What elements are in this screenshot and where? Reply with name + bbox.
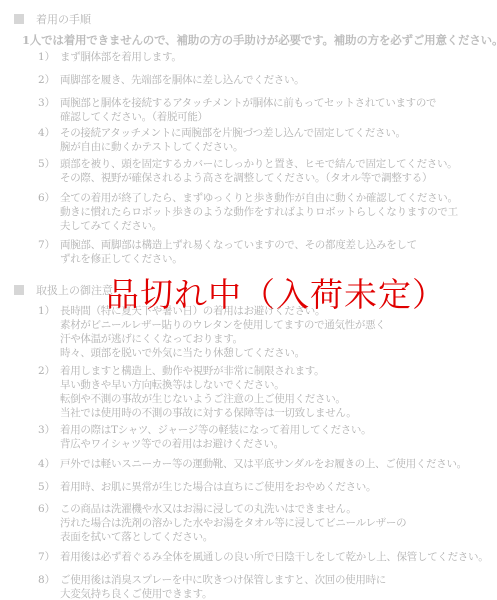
item-number: 6） <box>38 191 60 233</box>
item-text: まず胴体部を着用します。 <box>60 50 182 64</box>
item-text: 着用の際はTシャツ、ジャージ等の軽装になって着用してください。 背広やワイシャツ… <box>60 423 371 451</box>
item-number: 5） <box>38 480 60 494</box>
square-bullet-icon <box>14 14 24 24</box>
list-item: 2）着用しますと構造上、動作や視野が非常に制限されます。 早い動きや早い方向転換… <box>38 364 356 420</box>
item-number: 4） <box>38 457 60 471</box>
item-text: この商品は洗濯機や水又はお湯に浸しての丸洗いはできません。 汚れた場合は洗剤の溶… <box>60 502 406 544</box>
item-number: 4） <box>38 126 60 154</box>
item-number: 2） <box>38 73 60 87</box>
section-header-handling-notes: 取扱上の御注意 <box>14 282 113 298</box>
item-number: 3） <box>38 423 60 451</box>
section-title: 取扱上の御注意 <box>36 282 113 298</box>
item-number: 3） <box>38 96 60 124</box>
item-number: 5） <box>38 157 60 185</box>
item-text: 戸外では軽いスニーカー等の運動靴、又は平底サンダルをお履きの上、ご使用ください。 <box>60 457 467 471</box>
item-number: 2） <box>38 364 60 420</box>
item-number: 6） <box>38 502 60 544</box>
list-item: 4）戸外では軽いスニーカー等の運動靴、又は平底サンダルをお履きの上、ご使用くださ… <box>38 457 467 471</box>
list-item: 2）両脚部を履き、先端部を胴体に差し込んでください。 <box>38 73 304 87</box>
item-text: 頭部を被り、頭を固定するカバーにしっかりと置き、ヒモで結んで固定してください。 … <box>60 157 457 185</box>
item-text: 両腕部と胴体を接続するアタッチメントが胴体に前もってセットされていますので 確認… <box>60 96 436 124</box>
section-title: 着用の手順 <box>36 11 91 27</box>
list-item: 3）両腕部と胴体を接続するアタッチメントが胴体に前もってセットされていますので … <box>38 96 436 124</box>
item-text: 全ての着用が終了したら、まずゆっくりと歩き動作が自由に動くか確認してください。 … <box>60 191 458 233</box>
item-number: 7） <box>38 550 60 564</box>
item-text: 着用しますと構造上、動作や視野が非常に制限されます。 早い動きや早い方向転換等は… <box>60 364 356 420</box>
list-item: 5）着用時、お肌に異常が生じた場合は直ちにご使用をおやめください。 <box>38 480 376 494</box>
list-item: 8）ご使用後は消臭スプレーを中に吹きつけ保管しますと、次回の使用時に 大変気持ち… <box>38 573 386 600</box>
item-text: 着用後は必ず着ぐるみ全体を風通しの良い所で日陰干しをして乾かし上、保管してくださ… <box>60 550 488 564</box>
item-number: 7） <box>38 238 60 266</box>
list-item: 3）着用の際はTシャツ、ジャージ等の軽装になって着用してください。 背広やワイシ… <box>38 423 371 451</box>
list-item: 6）この商品は洗濯機や水又はお湯に浸しての丸洗いはできません。 汚れた場合は洗剤… <box>38 502 406 544</box>
list-item: 7）着用後は必ず着ぐるみ全体を風通しの良い所で日陰干しをして乾かし上、保管してく… <box>38 550 488 564</box>
item-number: 8） <box>38 573 60 600</box>
square-bullet-icon <box>14 285 24 295</box>
item-text: 両腕部、両脚部は構造上ずれ易くなっていますので、その都度差し込みをして ずれを修… <box>60 238 417 266</box>
list-item: 7）両腕部、両脚部は構造上ずれ易くなっていますので、その都度差し込みをして ずれ… <box>38 238 417 266</box>
list-item: 5）頭部を被り、頭を固定するカバーにしっかりと置き、ヒモで結んで固定してください… <box>38 157 457 185</box>
item-text: ご使用後は消臭スプレーを中に吹きつけ保管しますと、次回の使用時に 大変気持ち良く… <box>60 573 386 600</box>
item-text: 両脚部を履き、先端部を胴体に差し込んでください。 <box>60 73 304 87</box>
list-item: 1）まず胴体部を着用します。 <box>38 50 182 64</box>
intro-text: 1人では着用できませんので、補助の方の手助けが必要です。補助の方を必ずご用意くだ… <box>22 32 497 48</box>
item-number: 1） <box>38 50 60 64</box>
sold-out-overlay: 品切れ中（入荷未定） <box>106 274 446 316</box>
item-text: その接続アタッチメントに両腕部を片腕づつ差し込んで固定してください。 腕が自由に… <box>60 126 406 154</box>
list-item: 4）その接続アタッチメントに両腕部を片腕づつ差し込んで固定してください。 腕が自… <box>38 126 406 154</box>
section-header-wearing-steps: 着用の手順 <box>14 11 91 27</box>
item-text: 着用時、お肌に異常が生じた場合は直ちにご使用をおやめください。 <box>60 480 376 494</box>
item-number: 1） <box>38 304 60 360</box>
list-item: 6）全ての着用が終了したら、まずゆっくりと歩き動作が自由に動くか確認してください… <box>38 191 458 233</box>
